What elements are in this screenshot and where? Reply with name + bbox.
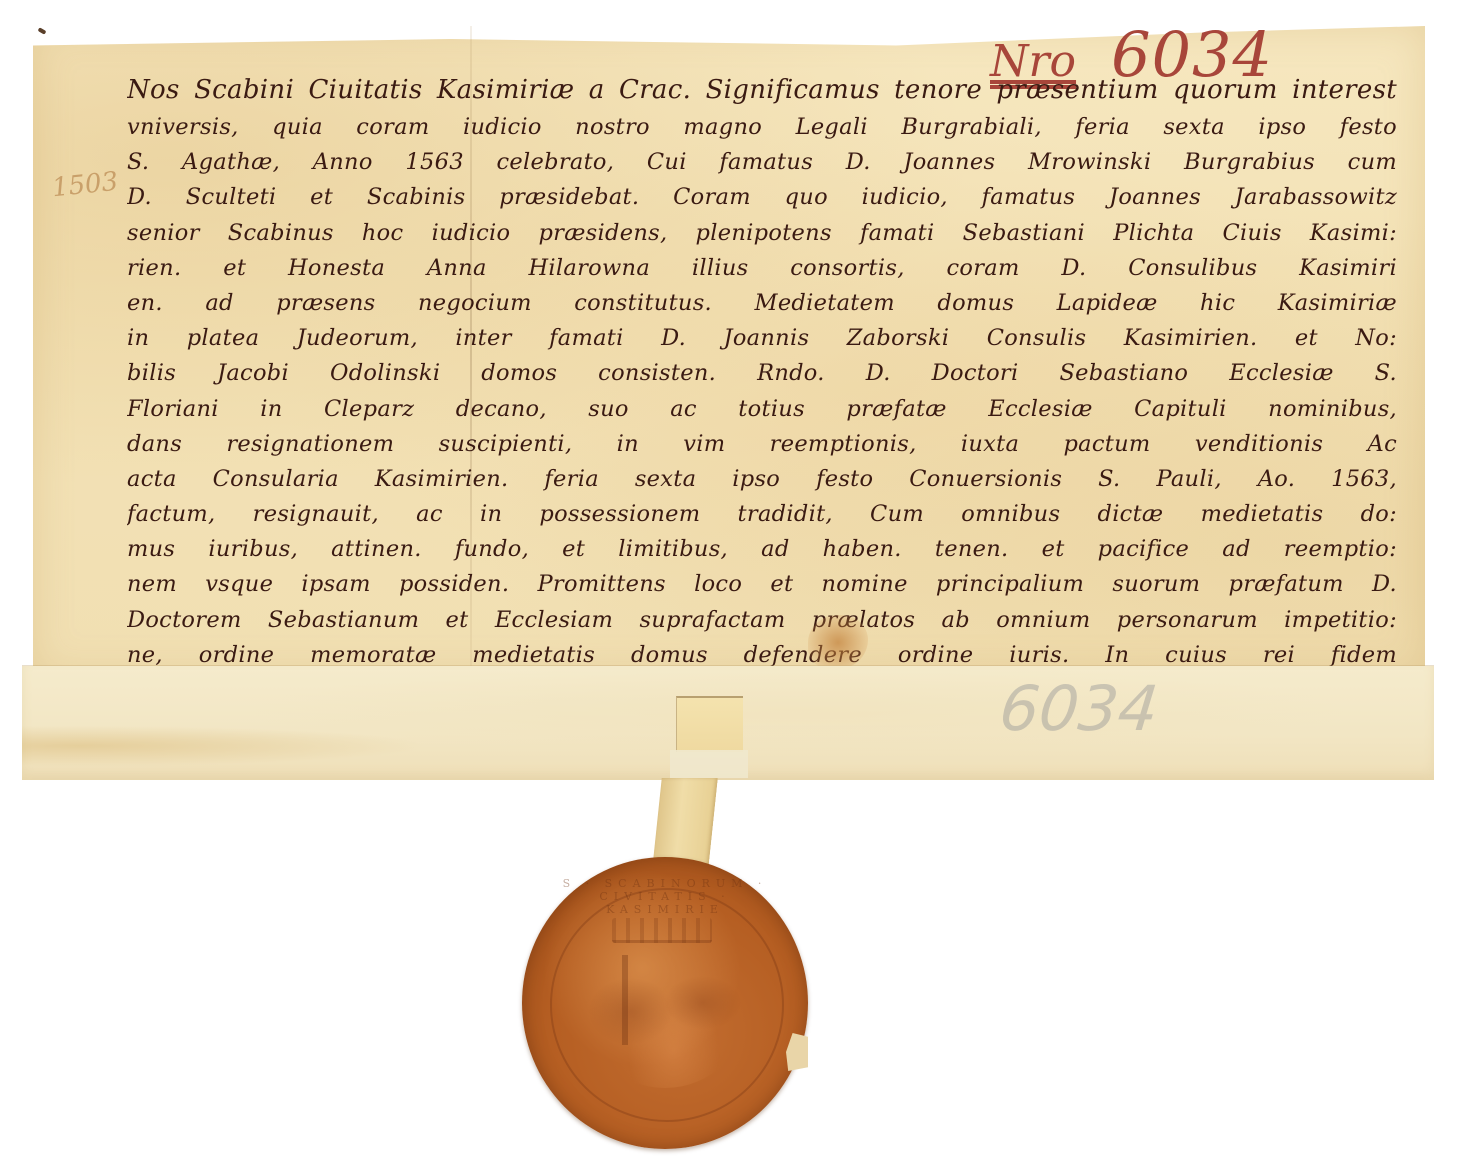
charter-text: Nos Scabini Ciuitatis Kasimiriæ a Crac. … <box>127 70 1397 708</box>
text-line: bilis Jacobi Odolinski domos consisten. … <box>127 356 1397 391</box>
text-line: dans resignationem suscipienti, in vim r… <box>127 427 1397 462</box>
text-line: vniversis, quia coram iudicio nostro mag… <box>127 110 1397 145</box>
text-line: acta Consularia Kasimirien. feria sexta … <box>127 462 1397 497</box>
seal-tag-slit <box>676 696 743 752</box>
text-line: D. Sculteti et Scabinis præsidebat. Cora… <box>127 180 1397 215</box>
text-line: Doctorem Sebastianum et Ecclesiam supraf… <box>127 603 1397 638</box>
seal-key-icon <box>622 955 628 1045</box>
text-line: in platea Judeorum, inter famati D. Joan… <box>127 321 1397 356</box>
pencil-archive-number: 6034 <box>996 672 1161 745</box>
text-line: S. Agathæ, Anno 1563 celebrato, Cui fama… <box>127 145 1397 180</box>
text-line: senior Scabinus hoc iudicio præsidens, p… <box>127 216 1397 251</box>
text-line: rien. et Honesta Anna Hilarowna illius c… <box>127 251 1397 286</box>
ink-blot <box>38 27 47 34</box>
text-line: mus iuribus, attinen. fundo, et limitibu… <box>127 532 1397 567</box>
seal-crown-icon <box>612 918 712 943</box>
text-line: Nos Scabini Ciuitatis Kasimiriæ a Crac. … <box>127 70 1397 110</box>
text-line: factum, resignauit, ac in possessionem t… <box>127 497 1397 532</box>
seal-tag-band <box>670 750 748 778</box>
seal-relief-figures <box>580 918 750 1088</box>
text-line: nem vsque ipsam possiden. Promittens loc… <box>127 567 1397 602</box>
text-line: en. ad præsens negocium constitutus. Med… <box>127 286 1397 321</box>
text-line: Floriani in Cleparz decano, suo ac totiu… <box>127 392 1397 427</box>
